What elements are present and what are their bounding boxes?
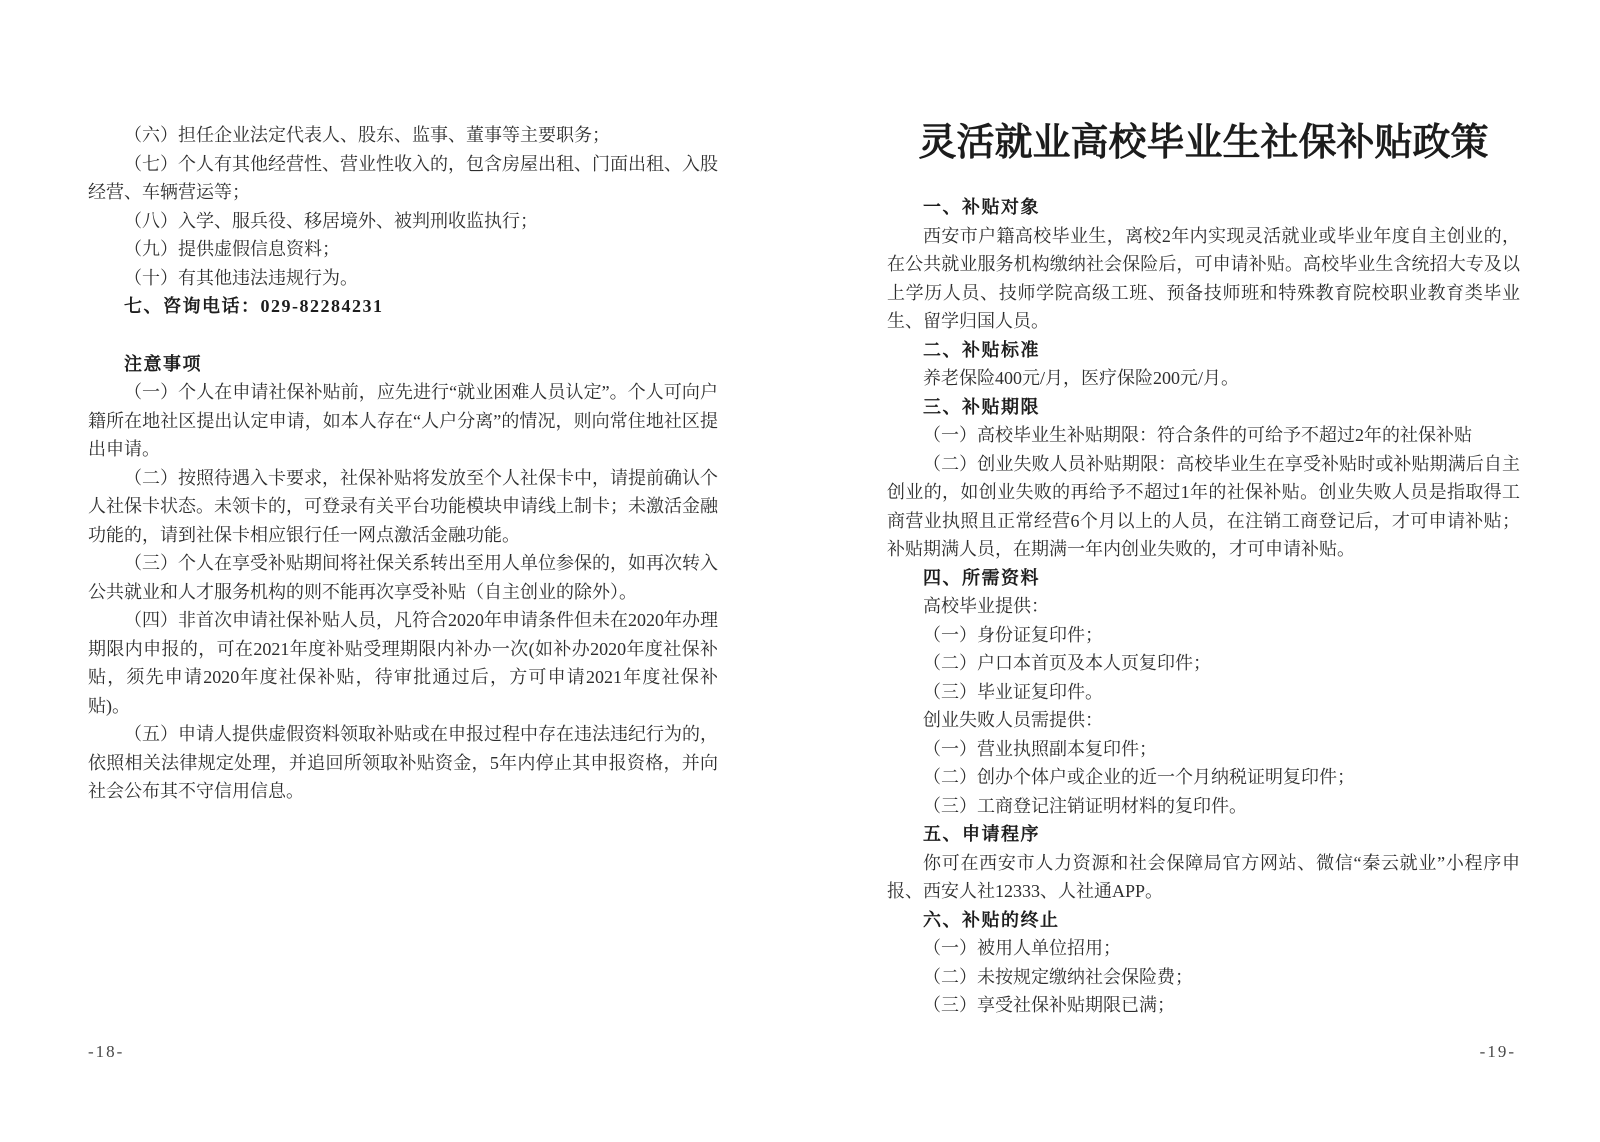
paragraph: （一）被用人单位招用； bbox=[887, 934, 1520, 963]
document-title: 灵活就业高校毕业生社保补贴政策 bbox=[887, 117, 1520, 169]
section-heading: 注意事项 bbox=[88, 350, 718, 379]
page-18: （六）担任企业法定代表人、股东、监事、董事等主要职务；（七）个人有其他经营性、营… bbox=[0, 0, 800, 1142]
section-heading: 七、咨询电话：029-82284231 bbox=[88, 292, 718, 321]
paragraph: （四）非首次申请社保补贴人员，凡符合2020年申请条件但未在2020年办理期限内… bbox=[88, 606, 718, 720]
section-heading: 五、申请程序 bbox=[887, 820, 1520, 849]
paragraph: （二）户口本首页及本人页复印件； bbox=[887, 649, 1520, 678]
section-heading: 六、补贴的终止 bbox=[887, 906, 1520, 935]
paragraph: （二）创办个体户或企业的近一个月纳税证明复印件； bbox=[887, 763, 1520, 792]
paragraph: （一）身份证复印件； bbox=[887, 621, 1520, 650]
paragraph: （二）未按规定缴纳社会保险费； bbox=[887, 963, 1520, 992]
document-spread: （六）担任企业法定代表人、股东、监事、董事等主要职务；（七）个人有其他经营性、营… bbox=[0, 0, 1600, 1142]
paragraph: （三）个人在享受补贴期间将社保关系转出至用人单位参保的，如再次转入公共就业和人才… bbox=[88, 549, 718, 606]
paragraph: （三）毕业证复印件。 bbox=[887, 678, 1520, 707]
page-number-18: -18- bbox=[88, 1042, 124, 1062]
page-18-content: （六）担任企业法定代表人、股东、监事、董事等主要职务；（七）个人有其他经营性、营… bbox=[88, 121, 718, 806]
page-19-content: 一、补贴对象西安市户籍高校毕业生，离校2年内实现灵活就业或毕业年度自主创业的，在… bbox=[887, 193, 1520, 1020]
paragraph: （二）创业失败人员补贴期限：高校毕业生在享受补贴时或补贴期满后自主创业的，如创业… bbox=[887, 450, 1520, 564]
paragraph: （八）入学、服兵役、移居境外、被判刑收监执行； bbox=[88, 207, 718, 236]
paragraph: （一）营业执照副本复印件； bbox=[887, 735, 1520, 764]
paragraph: （五）申请人提供虚假资料领取补贴或在申报过程中存在违法违纪行为的，依照相关法律规… bbox=[88, 720, 718, 806]
paragraph: （一）个人在申请社保补贴前，应先进行“就业困难人员认定”。个人可向户籍所在地社区… bbox=[88, 378, 718, 464]
paragraph: （九）提供虚假信息资料； bbox=[88, 235, 718, 264]
paragraph: （六）担任企业法定代表人、股东、监事、董事等主要职务； bbox=[88, 121, 718, 150]
paragraph: 西安市户籍高校毕业生，离校2年内实现灵活就业或毕业年度自主创业的，在公共就业服务… bbox=[887, 222, 1520, 336]
paragraph: 创业失败人员需提供： bbox=[887, 706, 1520, 735]
paragraph: （三）享受社保补贴期限已满； bbox=[887, 991, 1520, 1020]
section-heading: 二、补贴标准 bbox=[887, 336, 1520, 365]
paragraph: （二）按照待遇入卡要求，社保补贴将发放至个人社保卡中，请提前确认个人社保卡状态。… bbox=[88, 464, 718, 550]
paragraph: 你可在西安市人力资源和社会保障局官方网站、微信“秦云就业”小程序申报、西安人社1… bbox=[887, 849, 1520, 906]
paragraph: （十）有其他违法违规行为。 bbox=[88, 264, 718, 293]
page-19: 灵活就业高校毕业生社保补贴政策 一、补贴对象西安市户籍高校毕业生，离校2年内实现… bbox=[800, 0, 1600, 1142]
paragraph: （三）工商登记注销证明材料的复印件。 bbox=[887, 792, 1520, 821]
paragraph: 高校毕业提供： bbox=[887, 592, 1520, 621]
paragraph: （七）个人有其他经营性、营业性收入的，包含房屋出租、门面出租、入股经营、车辆营运… bbox=[88, 150, 718, 207]
paragraph: 养老保险400元/月，医疗保险200元/月。 bbox=[887, 364, 1520, 393]
page-number-19: -19- bbox=[1480, 1042, 1516, 1062]
section-heading: 四、所需资料 bbox=[887, 564, 1520, 593]
section-heading: 一、补贴对象 bbox=[887, 193, 1520, 222]
paragraph: （一）高校毕业生补贴期限：符合条件的可给予不超过2年的社保补贴 bbox=[887, 421, 1520, 450]
section-heading: 三、补贴期限 bbox=[887, 393, 1520, 422]
